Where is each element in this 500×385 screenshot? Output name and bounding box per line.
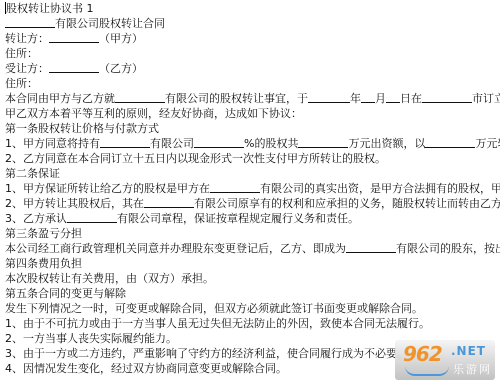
blank-field[interactable] — [100, 136, 150, 148]
blank-field[interactable] — [308, 91, 350, 103]
clause-5-intro: 发生下列情况之一时，可变更或解除合同，但双方必须就此签订书面变更或解除合同。 — [5, 301, 500, 316]
blank-field[interactable] — [194, 136, 244, 148]
watermark-site-name: 乐游网 — [453, 361, 492, 377]
blank-field[interactable] — [386, 91, 400, 103]
clause-1-2: 2、乙方同意在本合同订立十五日内以现金形式一次性支付甲方所转让的股权。 — [5, 151, 500, 166]
transferee-address: 住所： — [5, 76, 500, 91]
blank-field[interactable] — [49, 31, 99, 43]
section-heading: 第三条盈亏分担 — [5, 226, 500, 241]
section-heading: 第四条费用负担 — [5, 256, 500, 271]
blank-field[interactable] — [298, 136, 348, 148]
watermark-number: 962 — [403, 342, 442, 366]
swoosh-icon — [405, 366, 449, 376]
blank-field[interactable] — [346, 241, 396, 253]
section-heading: 第五条合同的变更与解除 — [5, 286, 500, 301]
clause-5-1: 1、由于不可抗力或由于一方当事人虽无过失但无法防止的外因，致使本合同无法履行。 — [5, 316, 500, 331]
section-heading: 第一条股权转让价格与付款方式 — [5, 121, 500, 136]
section-heading: 第二条保证 — [5, 166, 500, 181]
blank-field[interactable] — [361, 91, 375, 103]
clause-2-3: 3、乙方承认有限公司章程，保证按章程规定履行义务和责任。 — [5, 211, 500, 226]
document-title: 股权转让协议书 1 — [5, 1, 500, 16]
blank-field[interactable] — [144, 196, 194, 208]
blank-field[interactable] — [425, 136, 475, 148]
watermark-domain: .NET — [451, 344, 486, 358]
contract-preamble: 本合同由甲方与乙方就有限公司的股权转让事宜，于年月日在市订立。 — [5, 91, 500, 106]
blank-field[interactable] — [67, 211, 117, 223]
contract-heading: 有限公司股权转让合同 — [5, 16, 500, 31]
blank-field[interactable] — [5, 16, 55, 28]
transferor-address: 住所： — [5, 46, 500, 61]
clause-2-2: 2、甲方转让其股权后，其在有限公司原享有的权利和应承担的义务，随股权转让而转由乙… — [5, 196, 500, 211]
clause-2-1: 1、甲方保证所转让给乙方的股权是甲方在有限公司的真实出资，是甲方合法拥有的股权，… — [5, 181, 500, 196]
clause-3: 本公司经工商行政管理机关同意并办理股东变更登记后，乙方、即成为有限公司的股东，按… — [5, 241, 500, 256]
blank-field[interactable] — [210, 181, 260, 193]
clause-4: 本次股权转让有关费用，由（双方）承担。 — [5, 271, 500, 286]
transferee-line: 受让方：（乙方） — [5, 61, 500, 76]
blank-field[interactable] — [49, 61, 99, 73]
agreement-intro: 甲乙双方本着平等互利的原则，经友好协商，达成如下协议： — [5, 106, 500, 121]
blank-field[interactable] — [115, 91, 165, 103]
clause-1-1: 1、甲方同意将持有有限公司%的股权共万元出资额，以万元转让给乙方，乙方同意按此价… — [5, 136, 500, 151]
site-watermark-logo: 962 .NET 乐游网 — [395, 340, 495, 380]
transferor-line: 转让方：（甲方） — [5, 31, 500, 46]
blank-field[interactable] — [422, 91, 472, 103]
document-body[interactable]: 股权转让协议书 1 有限公司股权转让合同 转让方：（甲方） 住所： 受让方：（乙… — [5, 1, 500, 376]
